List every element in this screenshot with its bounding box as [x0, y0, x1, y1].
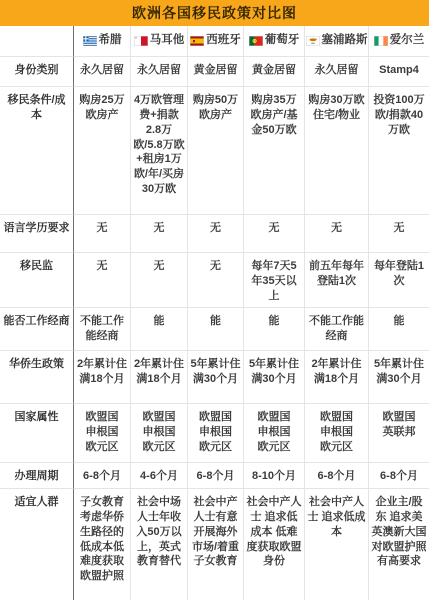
table-row: 办理周期6-8个月4-6个月6-8个月8-10个月6-8个月6-8个月 — [0, 462, 429, 488]
table-cell: 2年累计住满18个月 — [304, 350, 368, 403]
table-cell: 黄金居留 — [187, 56, 243, 86]
table-cell: 购房35万欧房产/基金50万欧 — [243, 86, 304, 214]
table-cell: 购房50万欧房产 — [187, 86, 243, 214]
table-cell: 社会中产人士有意开展海外市场/着重子女教育 — [187, 488, 243, 600]
greece-flag-icon — [83, 36, 97, 46]
row-label-cell: 华侨生政策 — [0, 350, 73, 403]
country-header-cell: 爱尔兰 — [368, 26, 429, 56]
table-cell: 2年累计住满18个月 — [73, 350, 130, 403]
table-cell: 子女教育考虑华侨生路径的低成本低难度获取欧盟护照 — [73, 488, 130, 600]
table-cell: 无 — [130, 252, 187, 307]
row-label-cell: 国家属性 — [0, 403, 73, 462]
table-cell: 永久居留 — [130, 56, 187, 86]
table-cell: 能 — [130, 307, 187, 350]
row-label-cell: 移民条件/成本 — [0, 86, 73, 214]
table-cell: 社会中产人士 追求低成本 低难度获取欧盟身份 — [243, 488, 304, 600]
table-cell: 能 — [187, 307, 243, 350]
table-row: 移民条件/成本购房25万欧房产4万欧管理费+捐款2.8万欧/5.8万欧+租房1万… — [0, 86, 429, 214]
table-cell: 欧盟国 申根国 欧元区 — [243, 403, 304, 462]
table-cell: 投资100万欧/捐款40万欧 — [368, 86, 429, 214]
country-name: 葡萄牙 — [265, 33, 300, 49]
cyprus-flag-icon — [306, 36, 320, 46]
row-label-cell: 适宜人群 — [0, 488, 73, 600]
table-cell: 无 — [187, 214, 243, 252]
table-cell: 欧盟国 英联邦 — [368, 403, 429, 462]
portugal-flag-icon — [249, 36, 263, 46]
country-name: 希腊 — [99, 33, 122, 49]
table-cell: 能 — [368, 307, 429, 350]
corner-cell — [0, 26, 73, 56]
page-title: 欧洲各国移民政策对比图 — [132, 3, 297, 23]
row-label-cell: 移民监 — [0, 252, 73, 307]
table-cell: 前五年每年登陆1次 — [304, 252, 368, 307]
table-cell: 6-8个月 — [73, 462, 130, 488]
country-name: 塞浦路斯 — [322, 33, 368, 49]
table-cell: 能 — [243, 307, 304, 350]
table-cell: 5年累计住满30个月 — [368, 350, 429, 403]
table-row: 语言学历要求无无无无无无 — [0, 214, 429, 252]
table-cell: 6-8个月 — [304, 462, 368, 488]
table-cell: 黄金居留 — [243, 56, 304, 86]
country-header-cell: 葡萄牙 — [243, 26, 304, 56]
table-row: 能否工作经商不能工作能经商能能能不能工作能经商能 — [0, 307, 429, 350]
table-row: 华侨生政策2年累计住满18个月2年累计住满18个月5年累计住满30个月5年累计住… — [0, 350, 429, 403]
table-row: 身份类别永久居留永久居留黄金居留黄金居留永久居留Stamp4 — [0, 56, 429, 86]
table-cell: 社会中产人士 追求低成本 — [304, 488, 368, 600]
country-name: 爱尔兰 — [390, 33, 425, 49]
table-cell: 6-8个月 — [187, 462, 243, 488]
table-cell: 欧盟国 申根国 欧元区 — [187, 403, 243, 462]
row-label-cell: 能否工作经商 — [0, 307, 73, 350]
table-cell: 不能工作能经商 — [304, 307, 368, 350]
table-cell: 无 — [73, 252, 130, 307]
table-row: 国家属性欧盟国 申根国 欧元区欧盟国 申根国 欧元区欧盟国 申根国 欧元区欧盟国… — [0, 403, 429, 462]
table-cell: 无 — [73, 214, 130, 252]
table-cell: 欧盟国 申根国 欧元区 — [304, 403, 368, 462]
table-cell: 永久居留 — [73, 56, 130, 86]
table-cell: 6-8个月 — [368, 462, 429, 488]
country-header-cell: 塞浦路斯 — [304, 26, 368, 56]
table-row: 移民监无无无每年7天5年35天以上前五年每年登陆1次每年登陆1次 — [0, 252, 429, 307]
table-cell: 4万欧管理费+捐款2.8万欧/5.8万欧+租房1万欧/年/买房30万欧 — [130, 86, 187, 214]
table-row: 适宜人群子女教育考虑华侨生路径的低成本低难度获取欧盟护照社会中场人士年收入50万… — [0, 488, 429, 600]
comparison-table: 希腊马耳他西班牙葡萄牙塞浦路斯爱尔兰 身份类别永久居留永久居留黄金居留黄金居留永… — [0, 26, 429, 600]
malta-flag-icon — [134, 36, 148, 46]
table-cell: 不能工作能经商 — [73, 307, 130, 350]
table-cell: Stamp4 — [368, 56, 429, 86]
row-label-cell: 办理周期 — [0, 462, 73, 488]
row-label-cell: 语言学历要求 — [0, 214, 73, 252]
table-cell: 无 — [243, 214, 304, 252]
table-cell: 5年累计住满30个月 — [243, 350, 304, 403]
table-cell: 欧盟国 申根国 欧元区 — [130, 403, 187, 462]
table-cell: 购房30万欧住宅/物业 — [304, 86, 368, 214]
row-label-cell: 身份类别 — [0, 56, 73, 86]
country-header-cell: 西班牙 — [187, 26, 243, 56]
table-cell: 社会中场人士年收入50万以上，英式教育替代 — [130, 488, 187, 600]
country-header-cell: 马耳他 — [130, 26, 187, 56]
table-cell: 欧盟国 申根国 欧元区 — [73, 403, 130, 462]
table-cell: 每年7天5年35天以上 — [243, 252, 304, 307]
table-cell: 5年累计住满30个月 — [187, 350, 243, 403]
table-cell: 无 — [304, 214, 368, 252]
header-row: 希腊马耳他西班牙葡萄牙塞浦路斯爱尔兰 — [0, 26, 429, 56]
country-name: 西班牙 — [206, 33, 241, 49]
ireland-flag-icon — [374, 36, 388, 46]
table-cell: 2年累计住满18个月 — [130, 350, 187, 403]
table-cell: 企业主/股东 追求美英澳新大国 对欧盟护照有高要求 — [368, 488, 429, 600]
table-cell: 无 — [368, 214, 429, 252]
country-name: 马耳他 — [150, 33, 185, 49]
spain-flag-icon — [190, 36, 204, 46]
table-cell: 无 — [130, 214, 187, 252]
table-cell: 4-6个月 — [130, 462, 187, 488]
title-bar: 欧洲各国移民政策对比图 — [0, 0, 429, 26]
table-cell: 购房25万欧房产 — [73, 86, 130, 214]
table-cell: 8-10个月 — [243, 462, 304, 488]
table-body: 身份类别永久居留永久居留黄金居留黄金居留永久居留Stamp4移民条件/成本购房2… — [0, 56, 429, 600]
country-header-cell: 希腊 — [73, 26, 130, 56]
table-cell: 永久居留 — [304, 56, 368, 86]
table-cell: 无 — [187, 252, 243, 307]
table-cell: 每年登陆1次 — [368, 252, 429, 307]
